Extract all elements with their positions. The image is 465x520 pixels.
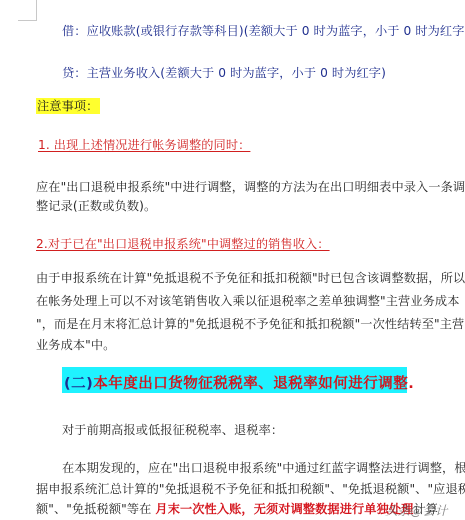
section2-body-line-3-emphasis: 月末一次性入账，无须对调整数据进行单独处理 [155, 502, 413, 516]
section2-body-line-3-prefix: 额"、"免抵税额"等在 [36, 502, 155, 516]
point1-heading: 1. 出现上述情况进行帐务调整的同时： [38, 138, 250, 152]
section2-heading-prefix: (二) [64, 376, 93, 392]
point2-body-line-4: 业务成本"中。 [36, 338, 115, 352]
point2-body-line-1: 由于申报系统在计算"免抵退税不予免征和抵扣税额"时已包含该调整数据，所以 [36, 271, 465, 285]
credit-entry-line: 贷：主营业务收入(差额大于 0 时为蓝字，小于 0 时为红字) [62, 66, 386, 80]
section2-body-line-3: 额"、"免抵税额"等在 月末一次性入账，无须对调整数据进行单独处理计算 [36, 502, 438, 516]
page-corner-mark [18, 0, 37, 21]
debit-entry-line: 借：应收账款(或银行存款等科目)(差额大于 0 时为蓝字，小于 0 时为红字) [62, 24, 465, 38]
point2-body-line-2: 在帐务处理上可以不对该笔销售收入乘以征退税率之差单独调整"主营业务成本 [36, 294, 459, 308]
point1-body-line-2: 整记录(正数或负数)。 [36, 199, 156, 213]
notes-heading-container: 注意事项： [36, 99, 100, 113]
section2-body-line-2: 据申报系统汇总计算的"免抵退税不予免征和抵扣税额"、"免抵退税额"、"应退税 [36, 482, 465, 496]
notes-heading: 注意事项： [36, 98, 100, 114]
section2-body-line-1: 在本期发现的，应在"出口退税申报系统"中通过红蓝字调整法进行调整，根 [62, 461, 465, 475]
section2-intro: 对于前期高报或低报征税税率、退税率： [62, 423, 283, 437]
section2-heading: (二)本年度出口货物征税税率、退税率如何进行调整. [64, 372, 414, 393]
section2-heading-text: 本年度出口货物征税税率、退税率如何进行调整. [93, 376, 414, 392]
point2-heading: 2.对于已在"出口退税申报系统"中调整过的销售收入： [36, 237, 330, 251]
point1-body-line-1: 应在"出口退税申报系统"中进行调整，调整的方法为在出口明细表中录入一条调 [36, 180, 465, 194]
point2-body-line-3: "，而是在月末将汇总计算的"免抵退税不予免征和抵扣税额"一次性结转至"主营 [36, 317, 464, 331]
watermark: 头条@会计 [385, 501, 448, 519]
